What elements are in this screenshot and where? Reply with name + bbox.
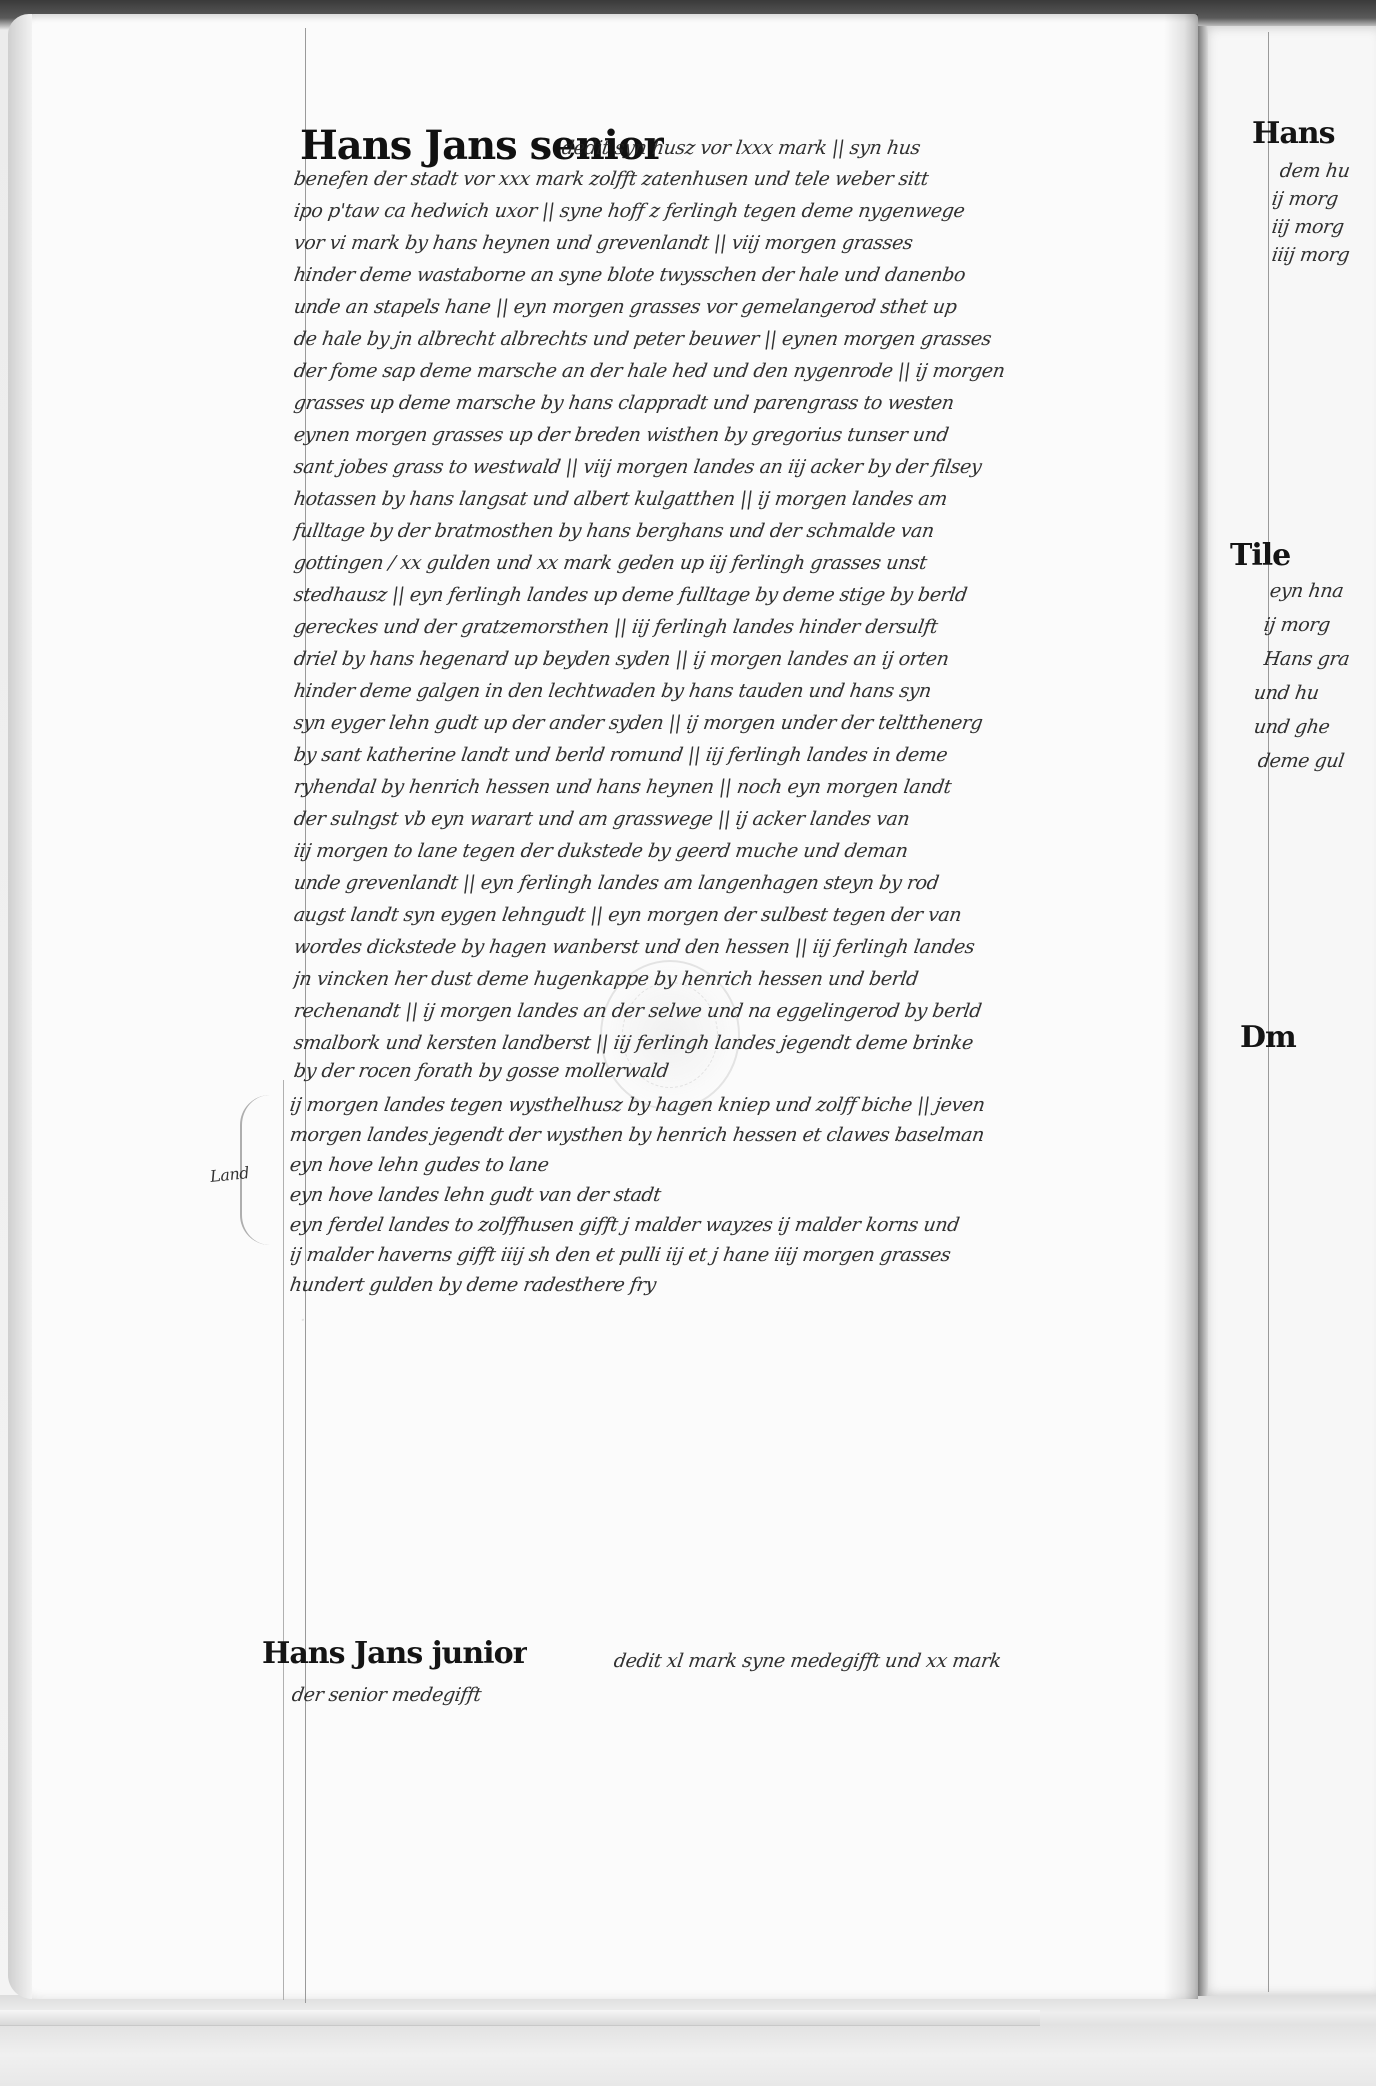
manuscript-line: unde grevenlandt || eyn ferlingh landes … <box>292 870 1196 897</box>
manuscript-line: vor vi mark by hans heynen und grevenlan… <box>292 230 1196 257</box>
manuscript-line: eyn hove lehn gudes to lane <box>288 1152 792 1179</box>
manuscript-line: syn eyger lehn gudt up der ander syden |… <box>292 710 1196 737</box>
manuscript-line: morgen landes jegendt der wysthen by hen… <box>288 1122 1196 1149</box>
right-fragment-line: und ghe <box>1252 714 1376 741</box>
manuscript-line: eyn ferdel landes to zolffhusen gifft j … <box>288 1212 1196 1239</box>
manuscript-line: dedit xl mark syne medegifft und xx mark <box>612 1648 1196 1675</box>
manuscript-line: hinder deme wastaborne an syne blote twy… <box>292 262 1196 289</box>
right-fragment-line: ij morg <box>1270 186 1376 213</box>
right-fragment-line: iiij morg <box>1270 242 1376 269</box>
manuscript-line: ij morgen landes tegen wysthelhusz by ha… <box>288 1092 1196 1119</box>
book-spine <box>1198 26 1208 1996</box>
manuscript-line: eynen morgen grasses up der breden wisth… <box>292 422 1196 449</box>
manuscript-line: der sulngst vb eyn warart und am grasswe… <box>292 806 1196 833</box>
right-entry-heading: Hans <box>1252 116 1376 151</box>
manuscript-line: iij morgen to lane tegen der dukstede by… <box>292 838 1196 865</box>
manuscript-line: de hale by jn albrecht albrechts und pet… <box>292 326 1196 353</box>
manuscript-line: sant jobes grass to westwald || viij mor… <box>292 454 1196 481</box>
manuscript-line: hundert gulden by deme radesthere fry <box>288 1272 852 1299</box>
right-fragment-line: deme gul <box>1256 748 1376 775</box>
manuscript-line: eyn hove landes lehn gudt van der stadt <box>288 1182 892 1209</box>
manuscript-line: hinder deme galgen in den lechtwaden by … <box>292 678 1196 705</box>
right-fragment-line: iij morg <box>1270 214 1376 241</box>
manuscript-line: der fome sap deme marsche an der hale he… <box>292 358 1196 385</box>
manuscript-line: ryhendal by henrich hessen und hans heyn… <box>292 774 1196 801</box>
manuscript-line: jn vincken her dust deme hugenkappe by h… <box>292 966 1196 993</box>
right-entry-heading: Dm <box>1240 1020 1376 1055</box>
bleed-through-text: · <box>300 1310 1180 1331</box>
manuscript-line: ij malder haverns gifft iiij sh den et p… <box>288 1242 1196 1269</box>
right-fragment-line: Hans gra <box>1262 646 1376 673</box>
right-entry-heading: Tile <box>1230 538 1376 573</box>
manuscript-line: driel by hans hegenard up beyden syden |… <box>292 646 1196 673</box>
manuscript-line: by der rocen forath by gosse mollerwald <box>292 1058 896 1085</box>
margin-rule-right-page <box>1268 32 1269 1992</box>
margin-rule-lower <box>283 1080 284 2000</box>
manuscript-line: rechenandt || ij morgen landes an der se… <box>292 998 1196 1025</box>
manuscript-line: gottingen / xx gulden und xx mark geden … <box>292 550 1196 577</box>
manuscript-line: hotassen by hans langsat und albert kulg… <box>292 486 1196 513</box>
manuscript-line: stedhausz || eyn ferlingh landes up deme… <box>292 582 1196 609</box>
scanner-bed <box>0 1995 1376 2086</box>
manuscript-line: grasses up deme marsche by hans clapprad… <box>292 390 1196 417</box>
book-support-rod <box>0 2010 1040 2026</box>
manuscript-line: smalbork und kersten landberst || iij fe… <box>292 1030 1196 1057</box>
margin-note: Land <box>209 1163 250 1186</box>
manuscript-line: wordes dickstede by hagen wanberst und d… <box>292 934 1196 961</box>
manuscript-line: gereckes und der gratzemorsthen || iij f… <box>292 614 1196 641</box>
manuscript-line: der senior medegifft <box>290 1682 594 1709</box>
manuscript-line: fulltage by der bratmosthen by hans berg… <box>292 518 1196 545</box>
manuscript-line: by sant katherine landt und berld romund… <box>292 742 1196 769</box>
right-fragment-line: eyn hna <box>1268 578 1376 605</box>
right-fragment-line: dem hu <box>1278 158 1376 185</box>
manuscript-line: ipo p'taw ca hedwich uxor || syne hoff z… <box>292 198 1196 225</box>
manuscript-line: benefen der stadt vor xxx mark zolfft za… <box>292 166 1196 193</box>
manuscript-line: unde an stapels hane || eyn morgen grass… <box>292 294 1196 321</box>
right-fragment-line: und hu <box>1252 680 1376 707</box>
manuscript-line: dedit syn husz vor lxxx mark || syn hus <box>560 135 1199 162</box>
right-page <box>1198 26 1376 1996</box>
page-edge <box>8 14 32 1999</box>
manuscript-line: augst landt syn eygen lehngudt || eyn mo… <box>292 902 1196 929</box>
entry-heading-hans-jans-junior: Hans Jans junior <box>262 1636 527 1671</box>
right-fragment-line: ij morg <box>1262 612 1376 639</box>
